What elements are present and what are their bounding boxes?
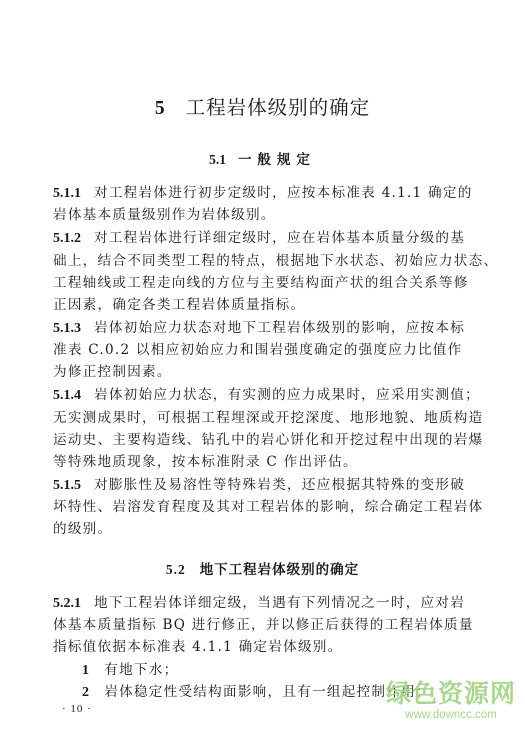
clause-number: 5.1.1: [53, 186, 81, 201]
clause-5-1-2-line-4: 正因素，确定各类工程岩体质量指标。: [53, 295, 445, 315]
clause-5-1-3-line-3: 为修正控制因素。: [53, 362, 445, 382]
item-number: 2: [82, 685, 90, 700]
clause-number: 5.2.1: [53, 596, 81, 611]
clause-number: 5.1.5: [53, 478, 81, 493]
clause-5-1-4-line-4: 等特殊地质现象，按本标准附录 C 作出评估。: [53, 452, 445, 472]
clause-5-1-2-line-1: 5.1.2对工程岩体进行详细定级时，应在岩体基本质量分级的基: [53, 228, 445, 249]
clause-5-1-3-line-1: 5.1.3岩体初始应力状态对地下工程岩体级别的影响，应按本标: [53, 318, 445, 339]
clause-5-1-5-line-3: 的级别。: [53, 519, 445, 539]
clause-text: 岩体初始应力状态对地下工程岩体级别的影响，应按本标: [94, 320, 465, 336]
watermark: 绿色资源网 www.downcc.com: [386, 680, 516, 722]
item-text: 有地下水；: [104, 662, 178, 678]
watermark-logo-text: 绿色资源网: [386, 680, 516, 708]
clause-5-2-1-line-1: 5.2.1地下工程岩体详细定级，当遇有下列情况之一时，应对岩: [53, 593, 445, 614]
clause-5-1-3-line-2: 准表 C.0.2 以相应初始应力和围岩强度确定的强度应力比值作: [53, 340, 445, 360]
clause-text: 岩体初始应力状态，有实测的应力成果时，应采用实测值；: [94, 387, 480, 403]
clause-number: 5.1.3: [53, 321, 81, 336]
clause-5-1-1-line-1: 5.1.1对工程岩体进行初步定级时，应按本标准表 4.1.1 确定的: [53, 183, 445, 204]
section-heading-5-2: 5.2地下工程岩体级别的确定: [0, 558, 525, 578]
clause-5-2-1-line-3: 指标值依据本标准表 4.1.1 确定岩体级别。: [53, 637, 445, 657]
clause-5-1-2-line-2: 础上，结合不同类型工程的特点，根据地下水状态、初始应力状态、: [53, 251, 445, 271]
clause-5-1-5-line-1: 5.1.5对膨胀性及易溶性等特殊岩类，还应根据其特殊的变形破: [53, 475, 445, 496]
clause-5-1-4-line-2: 无实测成果时，可根据工程埋深或开挖深度、地形地貌、地质构造: [53, 408, 445, 428]
page-number: · 10 ·: [62, 703, 92, 715]
section-number: 5.2: [166, 562, 186, 577]
section-title: 一般规定: [238, 152, 316, 168]
clause-number: 5.1.2: [53, 231, 81, 246]
section-number: 5.1: [209, 152, 226, 167]
section-heading-5-1: 5.1一般规定: [0, 148, 525, 168]
clause-text: 对膨胀性及易溶性等特殊岩类，还应根据其特殊的变形破: [94, 477, 465, 493]
list-item-1: 1有地下水；: [82, 660, 474, 681]
chapter-number: 5: [155, 98, 166, 119]
clause-5-2-1-line-2: 体基本质量指标 BQ 进行修正，并以修正后获得的工程岩体质量: [53, 615, 445, 635]
clause-text: 地下工程岩体详细定级，当遇有下列情况之一时，应对岩: [94, 595, 465, 611]
clause-5-1-1-line-2: 岩体基本质量级别作为岩体级别。: [53, 205, 445, 225]
watermark-url: www.downcc.com: [386, 708, 516, 722]
clause-5-1-4-line-1: 5.1.4岩体初始应力状态，有实测的应力成果时，应采用实测值；: [53, 385, 445, 406]
clause-5-1-5-line-2: 坏特性、岩溶发育程度及其对工程岩体的影响，综合确定工程岩体: [53, 497, 445, 517]
clause-number: 5.1.4: [53, 388, 81, 403]
chapter-title: 5工程岩体级别的确定: [0, 92, 525, 120]
section-title: 地下工程岩体级别的确定: [200, 562, 360, 578]
clause-5-1-4-line-3: 运动史、主要构造线、钻孔中的岩心饼化和开挖过程中出现的岩爆: [53, 430, 445, 450]
clause-5-1-2-line-3: 工程轴线或工程走向线的方位与主要结构面产状的组合关系等修: [53, 273, 445, 293]
item-text: 岩体稳定性受结构面影响，且有一组起控制作用；: [104, 684, 431, 700]
clause-text: 对工程岩体进行初步定级时，应按本标准表 4.1.1 确定的: [94, 185, 473, 201]
clause-text: 对工程岩体进行详细定级时，应在岩体基本质量分级的基: [94, 230, 465, 246]
item-number: 1: [82, 663, 90, 678]
document-page: 5工程岩体级别的确定 5.1一般规定 5.1.1对工程岩体进行初步定级时，应按本…: [0, 0, 525, 733]
chapter-title-text: 工程岩体级别的确定: [186, 96, 371, 119]
